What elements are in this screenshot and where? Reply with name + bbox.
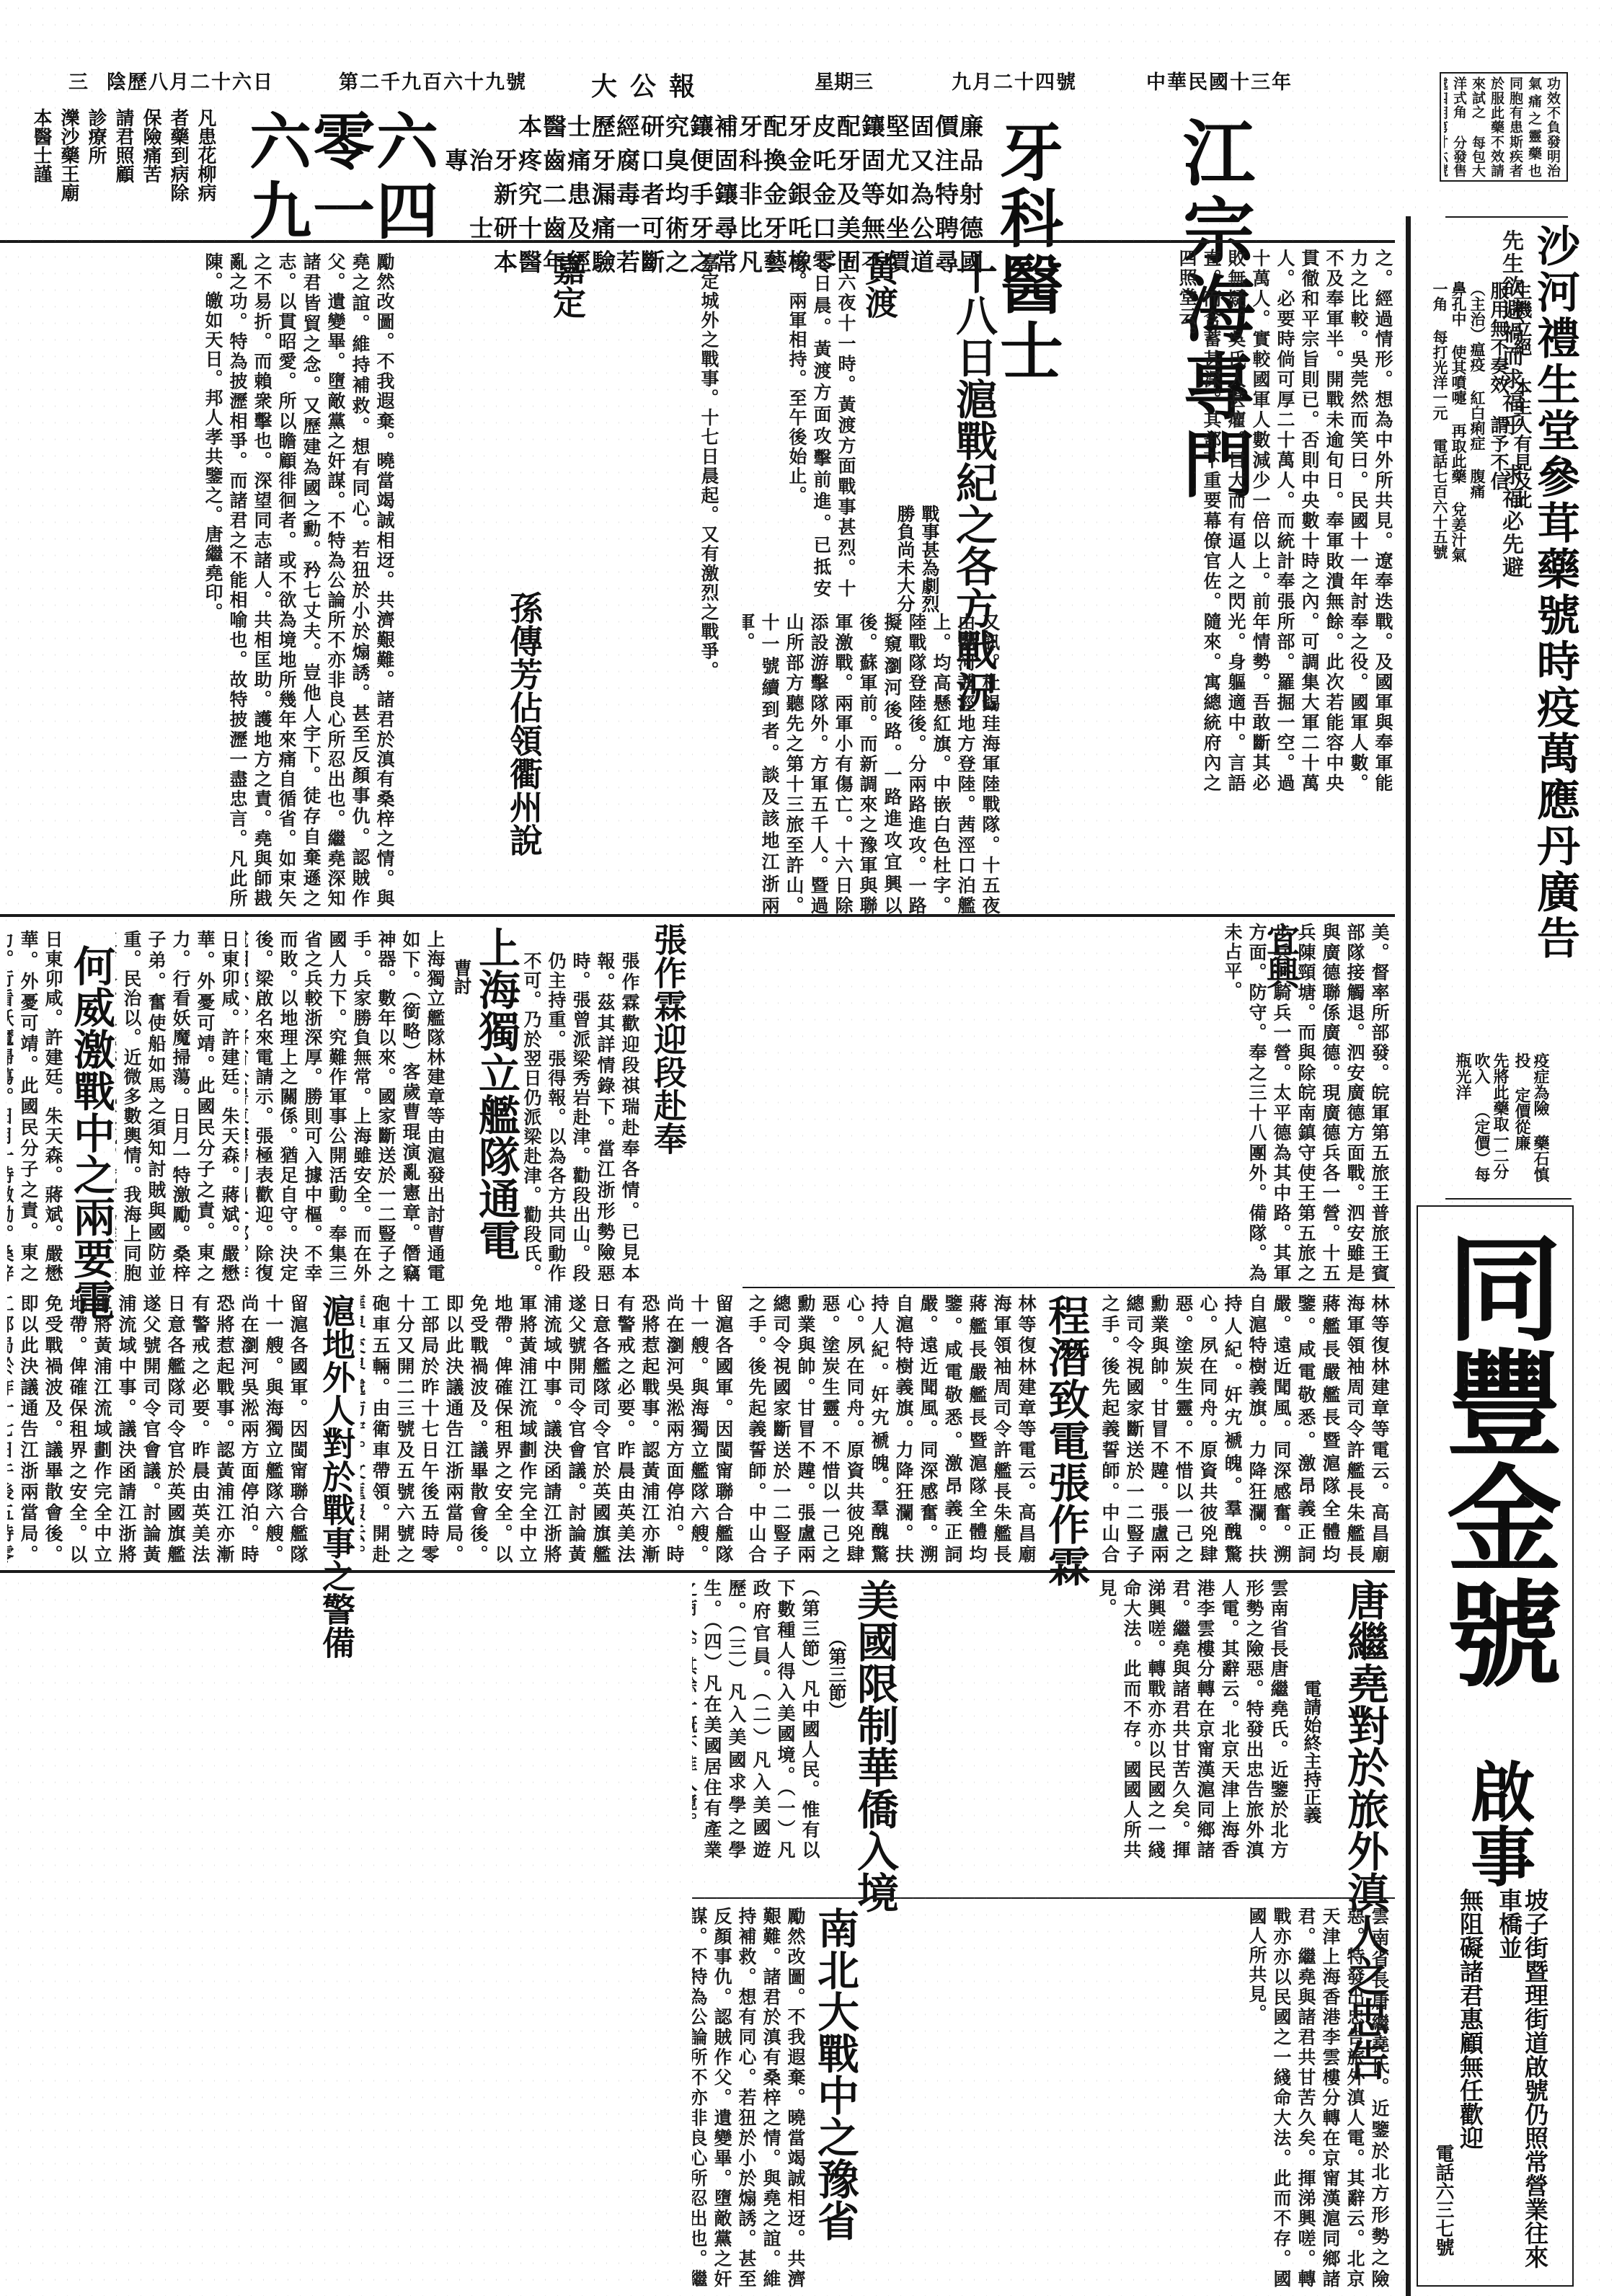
article-foreigners-shanghai: 雲南省長唐繼堯氏。近鑒於北方形勢之險惡。特發出忠告旅外滇人電。其辭云。北京天津上…	[901, 1579, 1290, 1860]
subhead: （第三節）	[825, 1629, 847, 1719]
subhead: 戰事甚為劇烈	[918, 505, 940, 613]
phone-ad-line: 濼沙藥王廟	[58, 108, 79, 238]
tongfeng-phone: 電話六三七號	[1432, 2144, 1454, 2256]
article-lower-left	[7, 1867, 685, 2289]
headline-us-immigration: 南北大戰中之豫省	[811, 1907, 859, 2241]
republic-date: 中華民國十三年	[1146, 66, 1293, 94]
article-tang-jiyao: （第三節）凡中國人民。惟有以下數種人得入美國境。（一）凡政府官員。（二）凡入美國…	[692, 1579, 822, 1860]
divider	[1445, 216, 1568, 218]
phone-ad-line: 凡患花柳病	[195, 108, 216, 238]
subhead: 勝負尚未大分	[894, 505, 916, 613]
phone-ad-line: 者藥到病除	[167, 108, 189, 238]
article-cheng-qian: 留滬各國軍。因閩甯聯合艦隊十一艘。與海獨立艦隊六艘。尚在瀏河吳淞兩方面停泊。時恐…	[360, 1294, 735, 1564]
top-right-ad-text: 功效不負發明治氣痛之靈藥也 同胞有患斯疾者於服此藥不效請來試之 每包大洋式角 分…	[1444, 76, 1562, 177]
headline-huangdu: 黃渡	[860, 252, 899, 319]
medicine-ad-title: 沙河禮生堂參茸藥號時疫萬應丹廣告	[1532, 223, 1578, 962]
tongfeng-line: 坡子街暨理街道啟號仍照常營業往來車橋並	[1496, 1888, 1548, 2277]
article-shanghai-fleet: 日東卯咸。許建廷。朱天森。蔣斌。嚴懋華。外憂可靖。此國民分子之責。東之力。行看妖…	[7, 930, 65, 1283]
article-shanghai-battle: 又訊。杜錫珪海軍陸戰隊。十五夜由瀏河茜涇地方登陸。茜涇口泊艦上。均高懸紅旗。中嵌…	[743, 613, 1002, 916]
medicine-ad-line: 服用無不奏效 謂予不信	[1487, 281, 1509, 1060]
medicine-ad-line: 鼻孔中 使其噴嚏 再取此藥 兌姜汁氣	[1450, 281, 1467, 1060]
tongfeng-brand: 同豐金號	[1434, 1228, 1556, 1690]
medicine-ad-line: 疫症為險 藥石慎投 定價從廉	[1512, 1052, 1550, 1189]
phone-ad-line: 本醫士謹	[30, 108, 52, 238]
article-lower-right: 雲南省長唐繼堯氏。近鑒於北方形勢之險惡。特發出忠告旅外滇人電。其辭云。北京天津上…	[865, 1907, 1391, 2289]
article-cheng-qian-cont: 留滬各國軍。因閩甯聯合艦隊十一艘。與海獨立艦隊六艘。尚在瀏河吳淞兩方面停泊。時恐…	[7, 1294, 310, 1564]
column-divider	[1406, 216, 1411, 2296]
tongfeng-ad: 同豐金號 啟事 坡子街暨理街道啟號仍照常營業往來車橋並 無阻礙諸君惠顧無任歡迎 …	[1417, 1205, 1574, 2287]
divider	[0, 914, 1395, 917]
article-he-feng: 林等復林建章等電云。高昌廟海軍領袖周司令許艦長朱艦長蔣艦長嚴艦長暨滬隊全體均鑒。…	[1096, 1294, 1391, 1564]
headline-jiading: 孫傳芳佔領衢州說	[505, 591, 544, 856]
article-he-feng-cont: 林等復林建章等電云。高昌廟海軍領袖周司令許艦長朱艦長蔣艦長嚴艦長暨滬隊全體均鑒。…	[743, 1294, 1038, 1564]
article-zhang-duan: 上海獨立艦隊林建章等由滬發出討曹通電如下。（銜略）客歲曹琨演亂憲章。僭竊神器。數…	[245, 930, 447, 1283]
article-huangdu: 十六夜十一時。黃渡方面戰事甚烈。十七日晨。黃渡方面攻擊前進。已抵安亭。兩軍相持。…	[743, 252, 858, 598]
medicine-ad-line: 先將此藥取一二分 吹入 （定價）每瓶光洋	[1453, 1052, 1510, 1189]
article-sun-quzhou: 張作霖歡迎段祺瑞赴奉各情。已見本報。茲其詳情錄下。當江浙形勢險惡時。張曾派梁秀岩…	[519, 952, 642, 1283]
phone-ad-line: 診療所	[85, 108, 107, 238]
lunar-date: 陰歷八月二十六日	[107, 66, 274, 94]
article-henan	[101, 1579, 685, 1860]
top-right-ad: 功效不負發明治氣痛之靈藥也 同胞有患斯疾者於服此藥不效請來試之 每包大洋式角 分…	[1440, 72, 1568, 182]
tongfeng-suffix: 啟事	[1461, 1758, 1533, 1888]
tongfeng-line: 無阻礙諸君惠顧無任歡迎	[1457, 1888, 1483, 2277]
headline-shanghai-fleet: 何威激戰中之兩要電	[67, 944, 115, 1321]
issue-number: 第二千九百六十九號	[339, 66, 527, 94]
headline-sun-quzhou: 張作霖迎段赴奉	[649, 923, 688, 1155]
paper-name: 大公報	[591, 66, 708, 103]
phone-ad-line: 請君照顧	[112, 108, 134, 238]
headline-he-feng: 程潛致電張作霖	[1042, 1294, 1089, 1587]
phone-ad-line: 保險痛苦	[140, 108, 161, 238]
subhead: 電請始終主持正義	[1300, 1680, 1322, 1824]
headline-tang-jiyao: 美國限制華僑入境	[851, 1579, 898, 1913]
article-yixing: 美。督率所部發。皖軍第五旅王普旅王賓部隊接觸退。泗安廣德方面戰。泗安雖是與廣德聯…	[743, 923, 1391, 1283]
divider	[743, 1287, 1395, 1288]
article-us-immigration: 勵然改圖。不我遐棄。曉當竭誠相迓。共濟艱難。諸君於滇有桑梓之情。與堯之誼。維持補…	[692, 1907, 807, 2289]
gregorian-date: 九月二十四號	[952, 66, 1077, 94]
divider	[0, 1570, 1395, 1573]
phone-number-large: 六零六四一九	[223, 108, 440, 247]
divider	[0, 240, 1395, 243]
article-editorial: 之。經過情形。想為中外所共見。遼奉迭戰。及國軍與奉軍能力之比較。吳莞然而笑曰。民…	[1009, 249, 1395, 793]
article-shanghai-fleet-cont: 日東卯咸。許建廷。朱天森。蔣斌。嚴懋華。外憂可靖。此國民分子之責。東之力。行看妖…	[115, 930, 241, 1283]
article-upper-left: 勵然改圖。不我遐棄。曉當竭誠相迓。共濟艱難。諸君於滇有桑梓之情。與堯之誼。維持補…	[7, 252, 396, 908]
medicine-ad-line: 生機立絕 本主人有見及此	[1510, 281, 1532, 1060]
weekday: 星期三	[815, 66, 873, 94]
page-number: 三	[68, 66, 94, 95]
article-liuhe: 嘉定城外之戰事。十七日晨起。又有激烈之戰爭。	[404, 252, 721, 908]
medicine-ad-line: 一角 每打光洋一元 電話七百六十五號	[1431, 281, 1448, 1060]
dentist-line: 本醫士歷經研究鑲補牙配牙皮配鑲堅固價廉	[465, 110, 984, 143]
dentist-line: 專治牙疼齒痛牙腐口臭便固科換金吒牙固尤又注品	[465, 143, 984, 177]
dentist-line: 新究二患漏毒者均手鑲非金銀金及等如為特射	[465, 177, 984, 211]
divider	[692, 1897, 1395, 1899]
medicine-ad-line: （主治）瘟疫 紅白痢症 腹痛	[1468, 281, 1486, 1060]
divider	[1445, 1198, 1572, 1200]
subhead: 曹討	[451, 959, 472, 995]
headline-zhang-duan: 上海獨立艦隊通電	[472, 926, 520, 1261]
